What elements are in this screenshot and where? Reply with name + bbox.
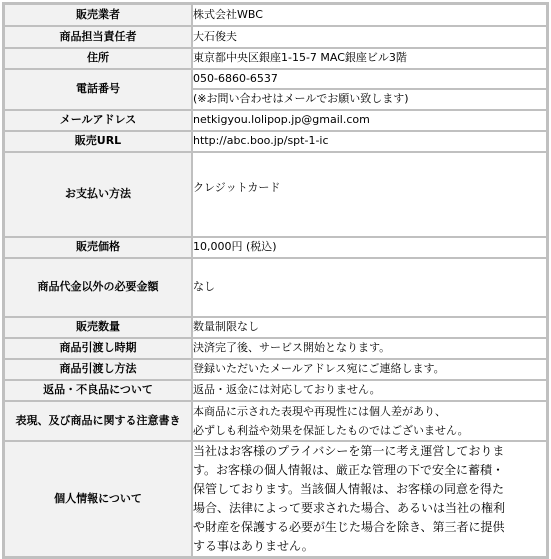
table-row-seller: 販売業者 株式会社WBC <box>4 4 548 26</box>
table-row-phone: 電話番号 050-6860-6537 <box>4 69 548 89</box>
table-row-delivery-time: 商品引渡し時期 決済完了後、サービス開始となります。 <box>4 338 548 359</box>
table-row-manager: 商品担当責任者 大石俊夫 <box>4 26 548 48</box>
value-delivery-method: 登録いただいたメールアドレス宛にご連絡します。 <box>192 359 548 380</box>
value-seller: 株式会社WBC <box>192 4 548 26</box>
commercial-transactions-table: 販売業者 株式会社WBC 商品担当責任者 大石俊夫 住所 東京都中央区銀座1-1… <box>2 2 549 559</box>
value-address: 東京都中央区銀座1-15-7 MAC銀座ビル3階 <box>192 48 548 69</box>
table-row-extra-fees: 商品代金以外の必要金額 なし <box>4 258 548 317</box>
value-phone: 050-6860-6537 <box>192 69 548 89</box>
label-address: 住所 <box>4 48 193 69</box>
value-email: netkigyou.lolipop.jp@gmail.com <box>192 110 548 131</box>
label-payment: お支払い方法 <box>4 152 193 237</box>
table-row-privacy: 個人情報について 当社はお客様のプライバシーを第一に考え運営しております。お客様… <box>4 441 548 558</box>
label-seller: 販売業者 <box>4 4 193 26</box>
value-extra-fees: なし <box>192 258 548 317</box>
label-returns: 返品・不良品について <box>4 380 193 401</box>
value-payment: クレジットカード <box>192 152 548 237</box>
label-url: 販売URL <box>4 131 193 152</box>
table-row-delivery-method: 商品引渡し方法 登録いただいたメールアドレス宛にご連絡します。 <box>4 359 548 380</box>
value-privacy: 当社はお客様のプライバシーを第一に考え運営しております。お客様の個人情報は、厳正… <box>192 441 548 558</box>
value-manager: 大石俊夫 <box>192 26 548 48</box>
table-row-email: メールアドレス netkigyou.lolipop.jp@gmail.com <box>4 110 548 131</box>
disclaimer-line-1: 本商品に示された表現や再現性には個人差があり、 <box>193 402 546 421</box>
label-delivery-method: 商品引渡し方法 <box>4 359 193 380</box>
label-manager: 商品担当責任者 <box>4 26 193 48</box>
label-price: 販売価格 <box>4 237 193 258</box>
tokushoho-container: 販売業者 株式会社WBC 商品担当責任者 大石俊夫 住所 東京都中央区銀座1-1… <box>2 2 549 559</box>
value-phone-note: (※お問い合わせはメールでお願い致します) <box>192 89 548 110</box>
table-row-price: 販売価格 10,000円 (税込) <box>4 237 548 258</box>
table-row-url: 販売URL http://abc.boo.jp/spt-1-ic <box>4 131 548 152</box>
value-url: http://abc.boo.jp/spt-1-ic <box>192 131 548 152</box>
table-row-payment: お支払い方法 クレジットカード <box>4 152 548 237</box>
value-returns: 返品・返金には対応しておりません。 <box>192 380 548 401</box>
label-delivery-time: 商品引渡し時期 <box>4 338 193 359</box>
label-quantity: 販売数量 <box>4 317 193 338</box>
label-extra-fees: 商品代金以外の必要金額 <box>4 258 193 317</box>
label-email: メールアドレス <box>4 110 193 131</box>
table-row-returns: 返品・不良品について 返品・返金には対応しておりません。 <box>4 380 548 401</box>
value-disclaimer: 本商品に示された表現や再現性には個人差があり、 必ずしも利益や効果を保証したもの… <box>192 401 548 441</box>
label-disclaimer: 表現、及び商品に関する注意書き <box>4 401 193 441</box>
table-row-quantity: 販売数量 数量制限なし <box>4 317 548 338</box>
value-quantity: 数量制限なし <box>192 317 548 338</box>
table-row-address: 住所 東京都中央区銀座1-15-7 MAC銀座ビル3階 <box>4 48 548 69</box>
table-row-disclaimer: 表現、及び商品に関する注意書き 本商品に示された表現や再現性には個人差があり、 … <box>4 401 548 441</box>
label-privacy: 個人情報について <box>4 441 193 558</box>
label-phone: 電話番号 <box>4 69 193 110</box>
value-delivery-time: 決済完了後、サービス開始となります。 <box>192 338 548 359</box>
value-price: 10,000円 (税込) <box>192 237 548 258</box>
disclaimer-line-2: 必ずしも利益や効果を保証したものではございません。 <box>193 421 546 440</box>
